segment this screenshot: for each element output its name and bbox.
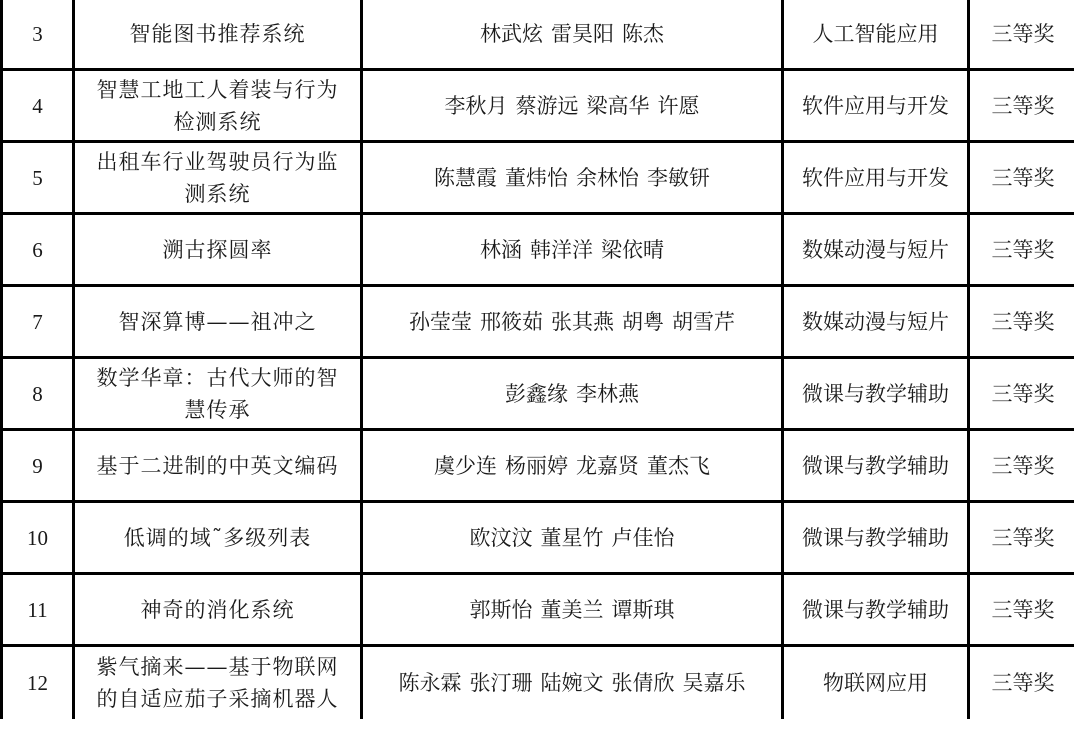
row-number-cell: 3 xyxy=(2,0,74,70)
document-page: 3 智能图书推荐系统 林武炫雷昊阳陈杰 人工智能应用 三等奖 4 智慧工地工人着… xyxy=(0,0,1074,747)
table-row: 4 智慧工地工人着装与行为检测系统 李秋月蔡游远梁高华许愿 软件应用与开发 三等… xyxy=(2,70,1074,142)
team-member: 张汀珊 xyxy=(470,671,533,695)
row-number: 3 xyxy=(32,22,43,46)
category-cell: 微课与教学辅助 xyxy=(783,502,969,574)
team-member: 孙莹莹 xyxy=(409,310,472,334)
project-title-cell: 智慧工地工人着装与行为检测系统 xyxy=(74,70,362,142)
team-member: 张倩欣 xyxy=(612,671,675,695)
award-level: 三等奖 xyxy=(992,94,1055,118)
category: 微课与教学辅助 xyxy=(802,382,949,406)
project-title-cell: 数学华章：古代大师的智慧传承 xyxy=(74,358,362,430)
team-member: 梁高华 xyxy=(587,94,650,118)
team-members-cell: 郭斯怡董美兰谭斯琪 xyxy=(362,574,783,646)
team-member: 雷昊阳 xyxy=(551,22,614,46)
award-cell: 三等奖 xyxy=(969,574,1074,646)
row-number: 9 xyxy=(32,454,43,478)
team-members: 欧汶汶董星竹卢佳怡 xyxy=(466,526,679,550)
team-member: 余林怡 xyxy=(576,166,639,190)
category-cell: 微课与教学辅助 xyxy=(783,358,969,430)
category: 微课与教学辅助 xyxy=(802,454,949,478)
category: 微课与教学辅助 xyxy=(802,598,949,622)
team-member: 张其燕 xyxy=(551,310,614,334)
category-cell: 人工智能应用 xyxy=(783,0,969,70)
team-member: 邢筱茹 xyxy=(480,310,543,334)
team-member: 虞少连 xyxy=(434,454,497,478)
table-row: 12 紫气摘来——基于物联网的自适应茄子采摘机器人 陈永霖张汀珊陆婉文张倩欣吴嘉… xyxy=(2,646,1074,720)
project-title-cell: 智能图书推荐系统 xyxy=(74,0,362,70)
row-number-cell: 7 xyxy=(2,286,74,358)
team-member: 董杰飞 xyxy=(647,454,710,478)
team-member: 李敏钘 xyxy=(647,166,710,190)
team-member: 李林燕 xyxy=(576,382,639,406)
team-members-cell: 彭鑫缘李林燕 xyxy=(362,358,783,430)
team-member: 胡粤 xyxy=(622,310,664,334)
category-cell: 微课与教学辅助 xyxy=(783,430,969,502)
team-member: 董美兰 xyxy=(541,598,604,622)
row-number-cell: 10 xyxy=(2,502,74,574)
awards-table: 3 智能图书推荐系统 林武炫雷昊阳陈杰 人工智能应用 三等奖 4 智慧工地工人着… xyxy=(0,0,1074,719)
team-members: 陈慧霞董炜怡余林怡李敏钘 xyxy=(430,166,714,190)
team-member: 陈杰 xyxy=(622,22,664,46)
project-title-cell: 低调的域˜多级列表 xyxy=(74,502,362,574)
row-number: 12 xyxy=(27,671,48,695)
category: 人工智能应用 xyxy=(813,22,939,46)
award-level: 三等奖 xyxy=(992,22,1055,46)
project-title-cell: 神奇的消化系统 xyxy=(74,574,362,646)
team-members-cell: 欧汶汶董星竹卢佳怡 xyxy=(362,502,783,574)
team-member: 蔡游远 xyxy=(516,94,579,118)
team-member: 梁依晴 xyxy=(601,238,664,262)
team-member: 董炜怡 xyxy=(505,166,568,190)
category-cell: 软件应用与开发 xyxy=(783,142,969,214)
row-number-cell: 6 xyxy=(2,214,74,286)
award-level: 三等奖 xyxy=(992,526,1055,550)
team-member: 吴嘉乐 xyxy=(683,671,746,695)
category-cell: 数媒动漫与短片 xyxy=(783,214,969,286)
team-member: 陆婉文 xyxy=(541,671,604,695)
team-member: 谭斯琪 xyxy=(612,598,675,622)
team-member: 龙嘉贤 xyxy=(576,454,639,478)
project-title: 智慧工地工人着装与行为检测系统 xyxy=(92,74,344,138)
team-members-cell: 陈永霖张汀珊陆婉文张倩欣吴嘉乐 xyxy=(362,646,783,720)
team-member: 李秋月 xyxy=(445,94,508,118)
project-title-cell: 基于二进制的中英文编码 xyxy=(74,430,362,502)
team-members-cell: 林武炫雷昊阳陈杰 xyxy=(362,0,783,70)
team-members: 林涵韩洋洋梁依晴 xyxy=(476,238,668,262)
team-member: 杨丽婷 xyxy=(505,454,568,478)
table-row: 5 出租车行业驾驶员行为监测系统 陈慧霞董炜怡余林怡李敏钘 软件应用与开发 三等… xyxy=(2,142,1074,214)
award-level: 三等奖 xyxy=(992,598,1055,622)
table-row: 11 神奇的消化系统 郭斯怡董美兰谭斯琪 微课与教学辅助 三等奖 xyxy=(2,574,1074,646)
award-cell: 三等奖 xyxy=(969,502,1074,574)
category: 微课与教学辅助 xyxy=(802,526,949,550)
category-cell: 物联网应用 xyxy=(783,646,969,720)
team-member: 欧汶汶 xyxy=(470,526,533,550)
award-cell: 三等奖 xyxy=(969,286,1074,358)
team-member: 韩洋洋 xyxy=(530,238,593,262)
team-member: 彭鑫缘 xyxy=(505,382,568,406)
team-members-cell: 李秋月蔡游远梁高华许愿 xyxy=(362,70,783,142)
row-number: 7 xyxy=(32,310,43,334)
team-members-cell: 孙莹莹邢筱茹张其燕胡粤胡雪芹 xyxy=(362,286,783,358)
award-cell: 三等奖 xyxy=(969,430,1074,502)
project-title-cell: 智深算博——祖冲之 xyxy=(74,286,362,358)
award-cell: 三等奖 xyxy=(969,0,1074,70)
award-level: 三等奖 xyxy=(992,454,1055,478)
award-cell: 三等奖 xyxy=(969,358,1074,430)
team-members-cell: 虞少连杨丽婷龙嘉贤董杰飞 xyxy=(362,430,783,502)
team-member: 林武炫 xyxy=(480,22,543,46)
category: 软件应用与开发 xyxy=(802,166,949,190)
table-row: 10 低调的域˜多级列表 欧汶汶董星竹卢佳怡 微课与教学辅助 三等奖 xyxy=(2,502,1074,574)
award-cell: 三等奖 xyxy=(969,214,1074,286)
awards-table-body: 3 智能图书推荐系统 林武炫雷昊阳陈杰 人工智能应用 三等奖 4 智慧工地工人着… xyxy=(2,0,1074,719)
award-level: 三等奖 xyxy=(992,310,1055,334)
project-title-cell: 出租车行业驾驶员行为监测系统 xyxy=(74,142,362,214)
project-title: 智深算博——祖冲之 xyxy=(119,306,317,338)
award-level: 三等奖 xyxy=(992,671,1055,695)
award-cell: 三等奖 xyxy=(969,646,1074,720)
award-level: 三等奖 xyxy=(992,166,1055,190)
project-title: 低调的域˜多级列表 xyxy=(124,522,312,554)
category: 数媒动漫与短片 xyxy=(802,238,949,262)
category-cell: 软件应用与开发 xyxy=(783,70,969,142)
project-title: 紫气摘来——基于物联网的自适应茄子采摘机器人 xyxy=(92,651,344,715)
project-title-cell: 溯古探圆率 xyxy=(74,214,362,286)
team-members: 彭鑫缘李林燕 xyxy=(501,382,643,406)
team-members: 林武炫雷昊阳陈杰 xyxy=(476,22,668,46)
row-number: 6 xyxy=(32,238,43,262)
table-row: 9 基于二进制的中英文编码 虞少连杨丽婷龙嘉贤董杰飞 微课与教学辅助 三等奖 xyxy=(2,430,1074,502)
row-number-cell: 9 xyxy=(2,430,74,502)
team-member: 陈慧霞 xyxy=(434,166,497,190)
category: 软件应用与开发 xyxy=(802,94,949,118)
team-members: 虞少连杨丽婷龙嘉贤董杰飞 xyxy=(430,454,714,478)
row-number: 8 xyxy=(32,382,43,406)
table-row: 6 溯古探圆率 林涵韩洋洋梁依晴 数媒动漫与短片 三等奖 xyxy=(2,214,1074,286)
team-member: 胡雪芹 xyxy=(672,310,735,334)
team-member: 林涵 xyxy=(480,238,522,262)
team-member: 陈永霖 xyxy=(399,671,462,695)
team-members: 陈永霖张汀珊陆婉文张倩欣吴嘉乐 xyxy=(395,671,750,695)
project-title: 基于二进制的中英文编码 xyxy=(97,450,339,482)
team-member: 郭斯怡 xyxy=(470,598,533,622)
table-row: 7 智深算博——祖冲之 孙莹莹邢筱茹张其燕胡粤胡雪芹 数媒动漫与短片 三等奖 xyxy=(2,286,1074,358)
row-number-cell: 5 xyxy=(2,142,74,214)
project-title-cell: 紫气摘来——基于物联网的自适应茄子采摘机器人 xyxy=(74,646,362,720)
award-level: 三等奖 xyxy=(992,382,1055,406)
row-number-cell: 4 xyxy=(2,70,74,142)
project-title: 神奇的消化系统 xyxy=(141,594,295,626)
table-row: 8 数学华章：古代大师的智慧传承 彭鑫缘李林燕 微课与教学辅助 三等奖 xyxy=(2,358,1074,430)
table-row: 3 智能图书推荐系统 林武炫雷昊阳陈杰 人工智能应用 三等奖 xyxy=(2,0,1074,70)
project-title: 智能图书推荐系统 xyxy=(130,18,306,50)
team-members: 李秋月蔡游远梁高华许愿 xyxy=(441,94,704,118)
row-number-cell: 8 xyxy=(2,358,74,430)
award-level: 三等奖 xyxy=(992,238,1055,262)
row-number: 5 xyxy=(32,166,43,190)
award-cell: 三等奖 xyxy=(969,70,1074,142)
row-number-cell: 12 xyxy=(2,646,74,720)
team-member: 许愿 xyxy=(658,94,700,118)
row-number-cell: 11 xyxy=(2,574,74,646)
row-number: 4 xyxy=(32,94,43,118)
category-cell: 数媒动漫与短片 xyxy=(783,286,969,358)
team-members: 郭斯怡董美兰谭斯琪 xyxy=(466,598,679,622)
team-members-cell: 陈慧霞董炜怡余林怡李敏钘 xyxy=(362,142,783,214)
project-title: 出租车行业驾驶员行为监测系统 xyxy=(92,146,344,210)
project-title: 溯古探圆率 xyxy=(163,234,273,266)
category: 物联网应用 xyxy=(823,671,928,695)
team-member: 董星竹 xyxy=(541,526,604,550)
team-member: 卢佳怡 xyxy=(612,526,675,550)
category: 数媒动漫与短片 xyxy=(802,310,949,334)
team-members-cell: 林涵韩洋洋梁依晴 xyxy=(362,214,783,286)
category-cell: 微课与教学辅助 xyxy=(783,574,969,646)
row-number: 10 xyxy=(27,526,48,550)
row-number: 11 xyxy=(27,598,47,622)
award-cell: 三等奖 xyxy=(969,142,1074,214)
team-members: 孙莹莹邢筱茹张其燕胡粤胡雪芹 xyxy=(405,310,739,334)
project-title: 数学华章：古代大师的智慧传承 xyxy=(92,362,344,426)
